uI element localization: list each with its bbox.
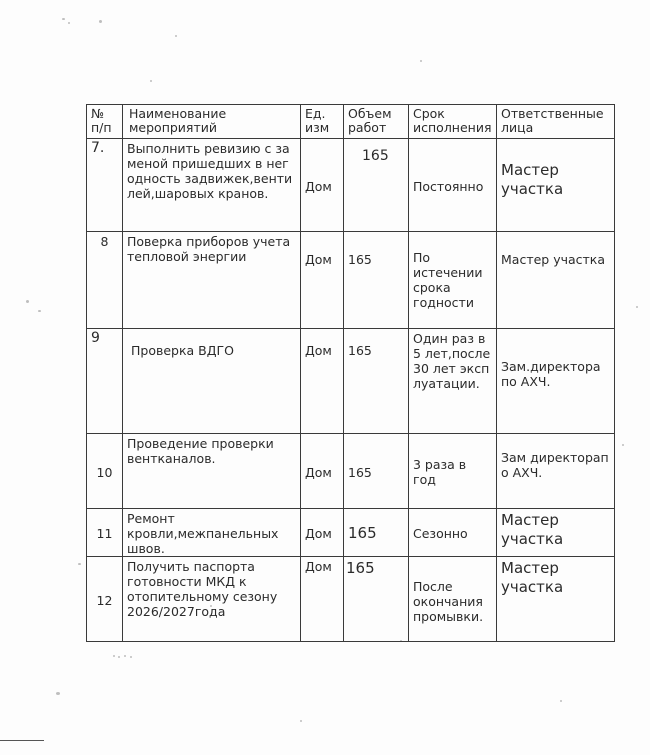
header-responsible: Ответственные лица: [497, 105, 615, 139]
row-name: Поверка приборов учета тепловой энергии: [123, 232, 301, 329]
row-volume: 165: [344, 329, 409, 434]
row-term: 3 раза в год: [409, 434, 497, 509]
scan-speck: [175, 35, 177, 37]
row-num: 10: [87, 434, 123, 509]
row-name: Получить паспорта готовности МКД к отопи…: [123, 557, 301, 642]
scan-speck: [124, 655, 126, 657]
table-row: 9 Проверка ВДГО Дом 165 Один раз в 5 лет…: [87, 329, 615, 434]
scan-speck: [560, 700, 562, 702]
row-volume: 165: [344, 557, 409, 642]
scan-speck: [636, 306, 638, 308]
row-num: 12: [87, 557, 123, 642]
row-volume: 165: [344, 232, 409, 329]
table-row: 10 Проведение проверки вентканалов. Дом …: [87, 434, 615, 509]
row-num: 11: [87, 509, 123, 557]
scanned-page: № п/п Наименование мероприятий Ед. изм О…: [0, 0, 650, 755]
header-term: Срок исполнения: [409, 105, 497, 139]
row-term: Один раз в 5 лет,после 30 лет эксплуатац…: [409, 329, 497, 434]
header-name: Наименование мероприятий: [123, 105, 301, 139]
row-responsible: Мастер участка: [497, 139, 615, 232]
row-unit: Дом: [301, 329, 344, 434]
scan-speck: [78, 563, 81, 565]
row-name: Ремонт кровли,межпанельных швов.: [123, 509, 301, 557]
scan-speck: [622, 444, 624, 446]
row-responsible: Мастер участка: [497, 557, 615, 642]
row-num: 7.: [87, 139, 123, 232]
table-row: 8 Поверка приборов учета тепловой энерги…: [87, 232, 615, 329]
row-volume: 165: [344, 509, 409, 557]
scan-speck: [62, 18, 65, 20]
row-term: По истечении срока годности: [409, 232, 497, 329]
row-unit: Дом: [301, 139, 344, 232]
row-responsible: Зам.директора по АХЧ.: [497, 329, 615, 434]
header-unit: Ед. изм: [301, 105, 344, 139]
row-volume: 165: [344, 434, 409, 509]
header-num: № п/п: [87, 105, 123, 139]
row-responsible: Мастер участка: [497, 509, 615, 557]
row-num: 9: [87, 329, 123, 434]
scan-speck: [99, 20, 102, 23]
row-name: Проверка ВДГО: [123, 329, 301, 434]
scan-speck: [118, 656, 120, 658]
table-row: 11 Ремонт кровли,межпанельных швов. Дом …: [87, 509, 615, 557]
row-term: После окончания промывки.: [409, 557, 497, 642]
row-term: Сезонно: [409, 509, 497, 557]
row-unit: Дом: [301, 557, 344, 642]
scan-edge-line: [0, 740, 44, 741]
scan-speck: [56, 692, 60, 695]
table-row: 7. Выполнить ревизию с заменой пришедших…: [87, 139, 615, 232]
row-responsible: Зам директорапо АХЧ.: [497, 434, 615, 509]
row-name: Проведение проверки вентканалов.: [123, 434, 301, 509]
scan-speck: [420, 60, 422, 62]
activities-table: № п/п Наименование мероприятий Ед. изм О…: [86, 104, 615, 642]
row-term: Постоянно: [409, 139, 497, 232]
scan-speck: [300, 720, 302, 722]
table-row: 12 Получить паспорта готовности МКД к от…: [87, 557, 615, 642]
row-volume: 165: [344, 139, 409, 232]
scan-speck: [68, 22, 70, 24]
scan-speck: [130, 656, 132, 658]
table-header-row: № п/п Наименование мероприятий Ед. изм О…: [87, 105, 615, 139]
row-unit: Дом: [301, 434, 344, 509]
header-volume: Объем работ: [344, 105, 409, 139]
scan-speck: [38, 310, 41, 312]
row-num: 8: [87, 232, 123, 329]
row-unit: Дом: [301, 232, 344, 329]
scan-speck: [26, 300, 29, 303]
row-name: Выполнить ревизию с заменой пришедших в …: [123, 139, 301, 232]
scan-speck: [113, 655, 115, 657]
row-responsible: Мастер участка: [497, 232, 615, 329]
row-unit: Дом: [301, 509, 344, 557]
scan-speck: [150, 80, 152, 82]
